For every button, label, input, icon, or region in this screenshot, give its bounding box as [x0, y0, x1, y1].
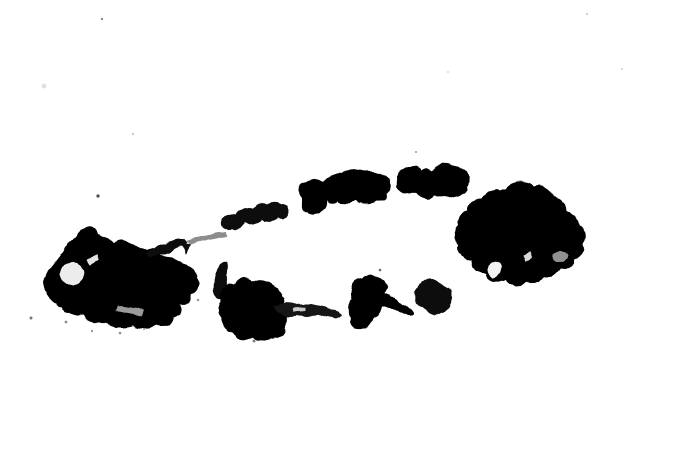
fragment-boot [348, 275, 415, 329]
speck [586, 13, 588, 15]
speck [621, 68, 623, 70]
speck [119, 332, 122, 335]
speck [379, 269, 382, 272]
speck [143, 328, 145, 330]
rock-fragments-group [43, 164, 586, 341]
fragment-block [414, 279, 453, 314]
speck [132, 133, 134, 135]
fragment-arc-middle [299, 171, 390, 215]
streak-gray-hatch [187, 231, 226, 246]
speck [197, 299, 199, 301]
photo-canvas [0, 0, 677, 451]
speck [96, 194, 99, 197]
speck [30, 317, 33, 320]
speck [65, 321, 68, 324]
speck [101, 18, 103, 20]
rock-print-svg [0, 0, 677, 451]
speck [91, 330, 93, 332]
speck [415, 151, 417, 153]
speck [253, 340, 256, 343]
fragment-arc-left [221, 202, 290, 231]
speck [42, 84, 47, 89]
speck [447, 71, 449, 73]
rock-large-right [455, 182, 586, 285]
fragment-arc-right [396, 164, 470, 198]
